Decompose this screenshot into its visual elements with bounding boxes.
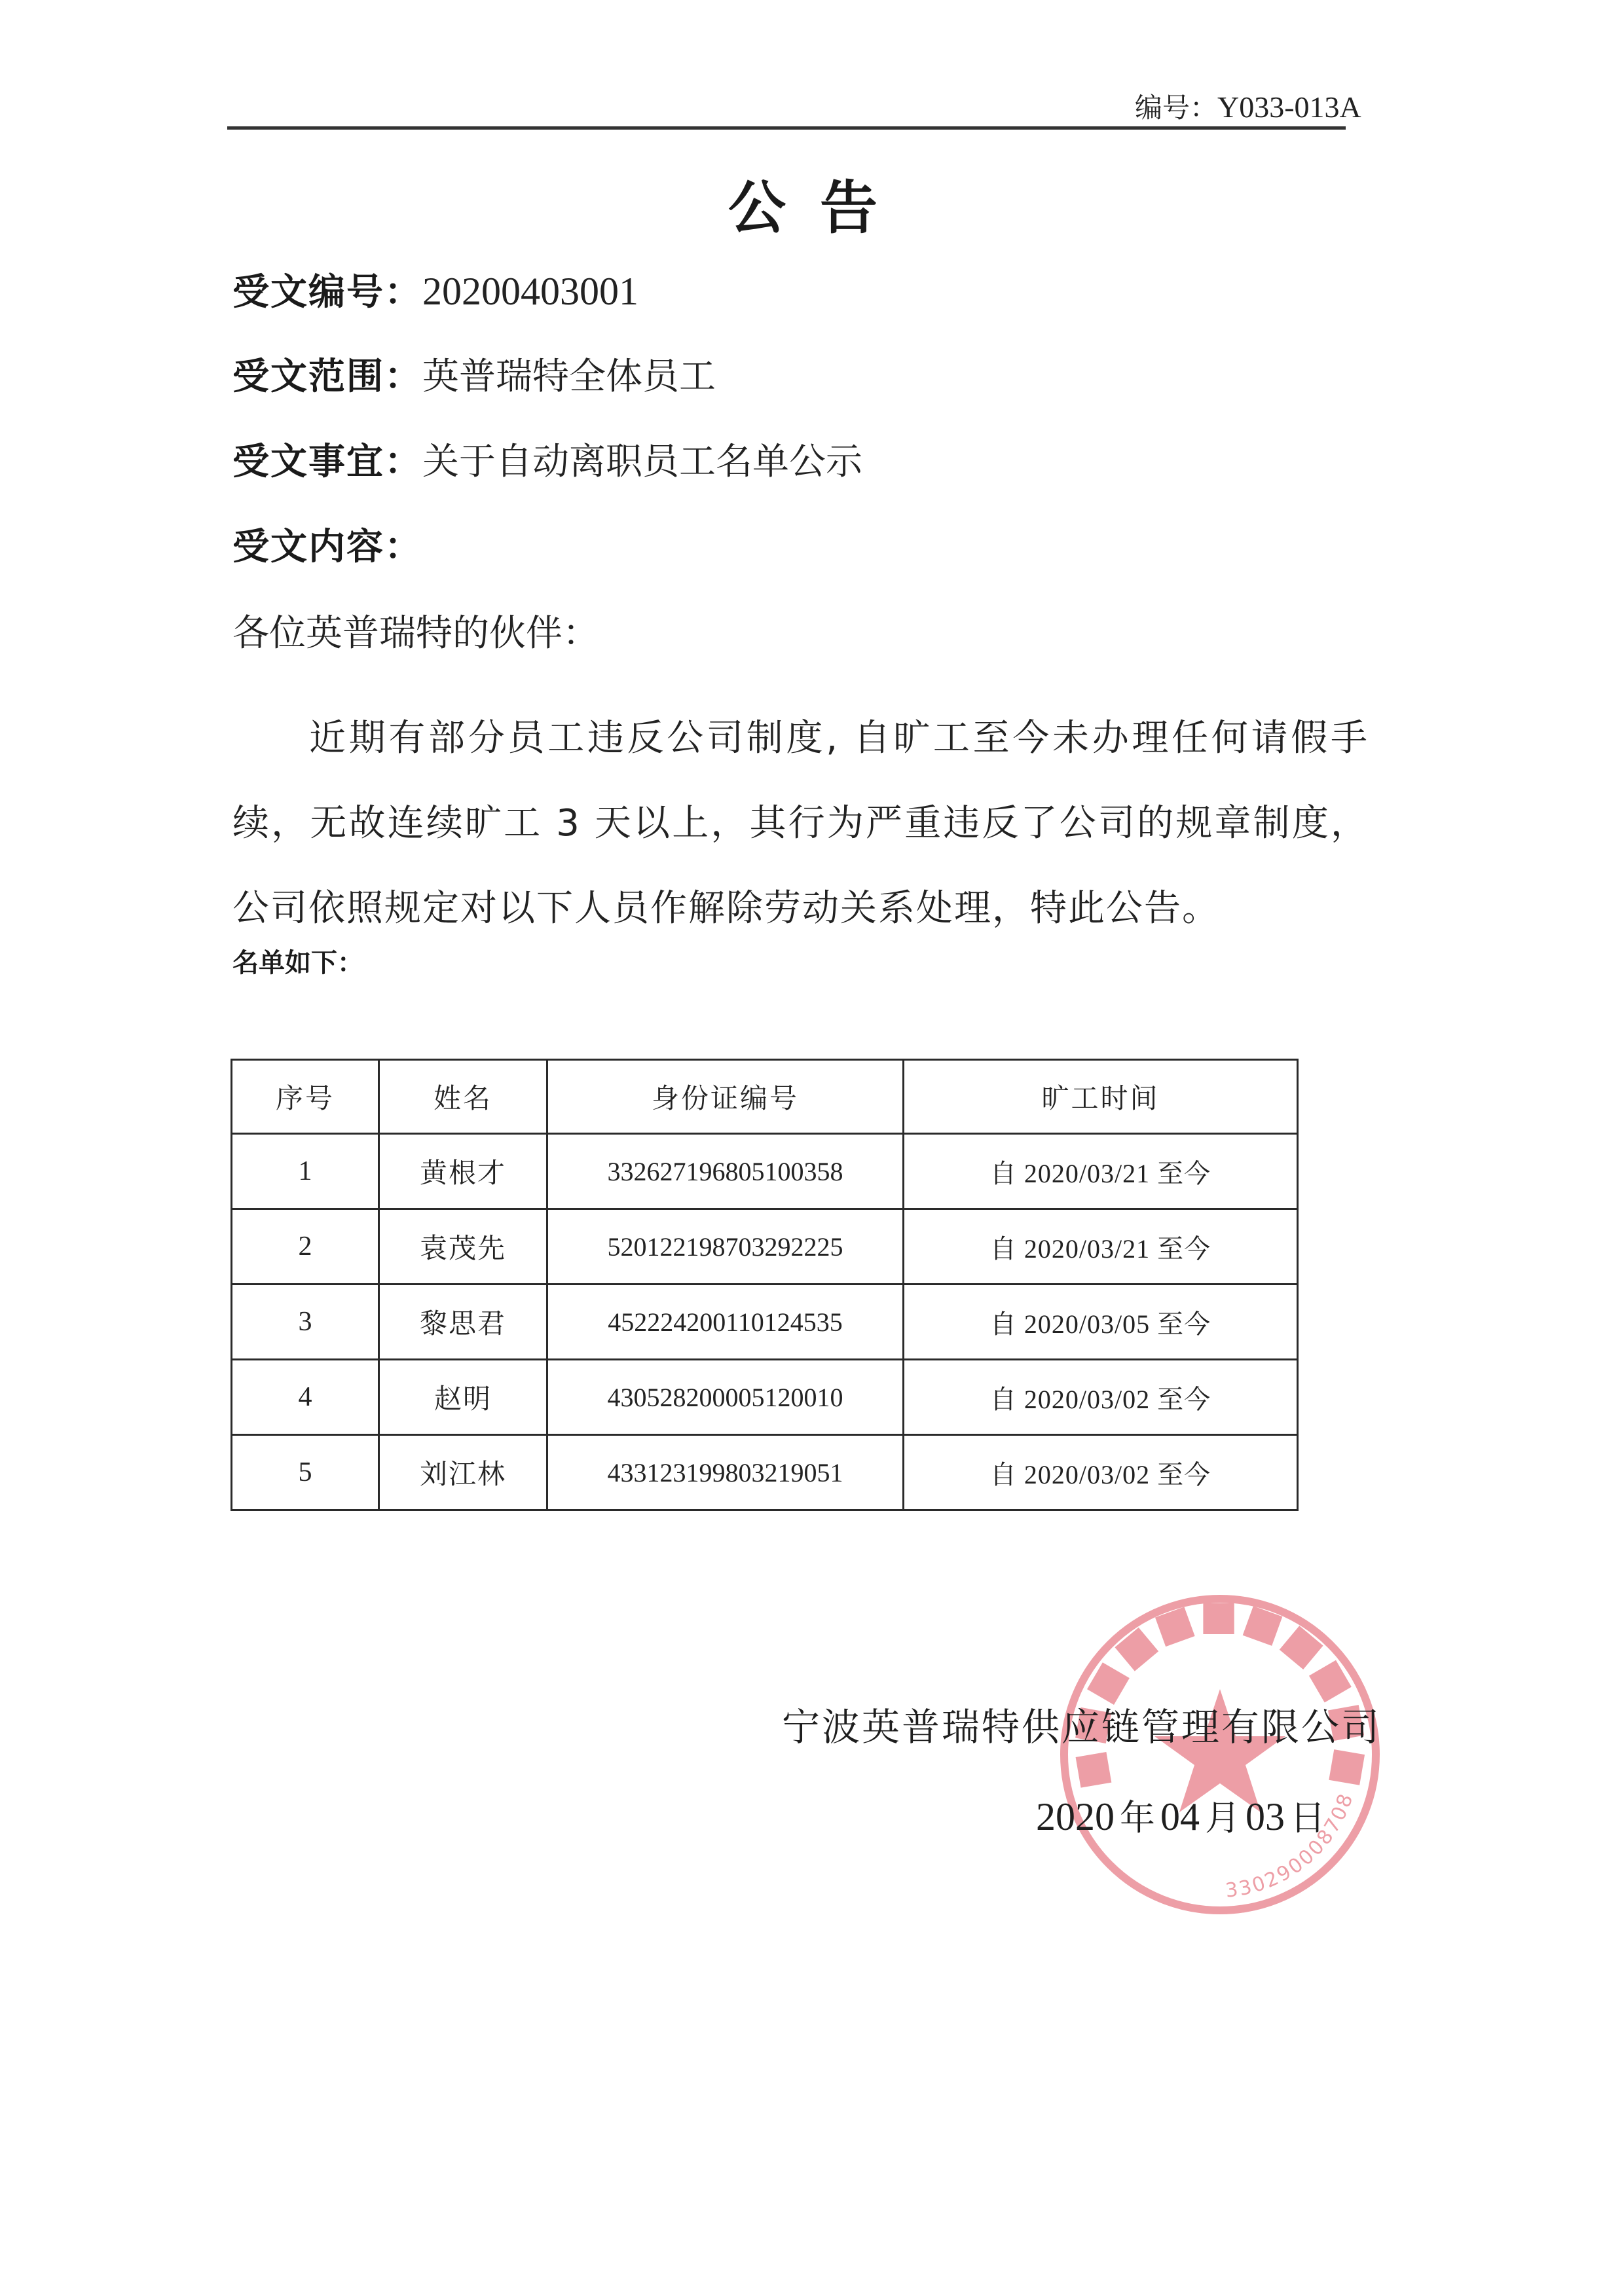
company-seal-icon: ■■■■■■■■■■■ 330290008708 bbox=[1056, 1591, 1384, 1918]
from-label: 自 bbox=[990, 1309, 1017, 1339]
field-value: 关于自动离职员工名单公示 bbox=[422, 441, 862, 483]
absence-date: 2020/03/02 bbox=[1024, 1460, 1150, 1489]
header-rule bbox=[227, 126, 1346, 130]
table-header-row: 序号 姓名 身份证编号 旷工时间 bbox=[232, 1060, 1298, 1134]
cell-id: 452224200110124535 bbox=[547, 1285, 904, 1360]
from-label: 自 bbox=[990, 1385, 1017, 1415]
field-label: 受文事宜： bbox=[232, 441, 422, 483]
absentee-table: 序号 姓名 身份证编号 旷工时间 1 黄根才 33262719680510035… bbox=[231, 1059, 1299, 1511]
cell-name: 刘江林 bbox=[379, 1435, 547, 1510]
cell-name: 黄根才 bbox=[379, 1134, 547, 1209]
cell-no: 1 bbox=[232, 1134, 379, 1209]
column-header-name: 姓名 bbox=[379, 1060, 547, 1134]
field-label: 受文范围： bbox=[232, 355, 422, 398]
body-paragraph: 近期有部分员工违反公司制度, 自旷工至今未办理任何请假手续，无故连续旷工 3 天… bbox=[232, 696, 1369, 951]
page-title: 公告 bbox=[728, 175, 912, 241]
field-value: 英普瑞特全体员工 bbox=[422, 355, 716, 398]
field-doc-number: 受文编号：20200403001 bbox=[232, 270, 638, 314]
column-header-absence: 旷工时间 bbox=[904, 1060, 1298, 1134]
cell-absence: 自 2020/03/02 至今 bbox=[904, 1360, 1298, 1435]
to-label: 至今 bbox=[1157, 1159, 1211, 1189]
table-row: 5 刘江林 433123199803219051 自 2020/03/02 至今 bbox=[232, 1435, 1298, 1510]
cell-id: 520122198703292225 bbox=[547, 1209, 904, 1285]
company-name: 宁波英普瑞特供应链管理有限公司 bbox=[782, 1704, 1381, 1750]
cell-id: 332627196805100358 bbox=[547, 1134, 904, 1209]
cell-no: 2 bbox=[232, 1209, 379, 1285]
cell-absence: 自 2020/03/21 至今 bbox=[904, 1134, 1298, 1209]
to-label: 至今 bbox=[1157, 1385, 1211, 1415]
sign-day-unit: 日 bbox=[1285, 1797, 1331, 1838]
sign-year-unit: 年 bbox=[1115, 1797, 1160, 1838]
column-header-id: 身份证编号 bbox=[547, 1060, 904, 1134]
cell-absence: 自 2020/03/21 至今 bbox=[904, 1209, 1298, 1285]
cell-name: 赵明 bbox=[379, 1360, 547, 1435]
sign-month: 04 bbox=[1160, 1795, 1200, 1838]
cell-id: 430528200005120010 bbox=[547, 1360, 904, 1435]
absence-date: 2020/03/02 bbox=[1024, 1385, 1150, 1414]
cell-id: 433123199803219051 bbox=[547, 1435, 904, 1510]
to-label: 至今 bbox=[1157, 1309, 1211, 1339]
cell-name: 袁茂先 bbox=[379, 1209, 547, 1285]
from-label: 自 bbox=[990, 1460, 1017, 1490]
list-label: 名单如下： bbox=[232, 947, 363, 979]
cell-no: 4 bbox=[232, 1360, 379, 1435]
absence-date: 2020/03/21 bbox=[1024, 1159, 1150, 1188]
document-number-label: 编号： bbox=[1135, 92, 1217, 124]
table-row: 3 黎思君 452224200110124535 自 2020/03/05 至今 bbox=[232, 1285, 1298, 1360]
sign-month-unit: 月 bbox=[1200, 1797, 1246, 1838]
field-label: 受文内容： bbox=[232, 526, 422, 568]
field-content: 受文内容： bbox=[232, 526, 422, 569]
absence-date: 2020/03/21 bbox=[1024, 1234, 1150, 1264]
field-value: 20200403001 bbox=[422, 270, 638, 313]
document-number-value: Y033-013A bbox=[1217, 90, 1361, 124]
document-number: 编号：Y033-013A bbox=[1135, 90, 1361, 125]
absence-date: 2020/03/05 bbox=[1024, 1309, 1150, 1339]
signature-date: 2020年04月03日 bbox=[1036, 1794, 1331, 1841]
cell-no: 3 bbox=[232, 1285, 379, 1360]
greeting: 各位英普瑞特的伙伴： bbox=[232, 612, 599, 655]
cell-absence: 自 2020/03/05 至今 bbox=[904, 1285, 1298, 1360]
table-row: 4 赵明 430528200005120010 自 2020/03/02 至今 bbox=[232, 1360, 1298, 1435]
cell-absence: 自 2020/03/02 至今 bbox=[904, 1435, 1298, 1510]
sign-day: 03 bbox=[1246, 1795, 1285, 1838]
table-row: 2 袁茂先 520122198703292225 自 2020/03/21 至今 bbox=[232, 1209, 1298, 1285]
cell-name: 黎思君 bbox=[379, 1285, 547, 1360]
cell-no: 5 bbox=[232, 1435, 379, 1510]
sign-year: 2020 bbox=[1036, 1795, 1115, 1838]
to-label: 至今 bbox=[1157, 1460, 1211, 1490]
field-subject: 受文事宜：关于自动离职员工名单公示 bbox=[232, 441, 862, 484]
from-label: 自 bbox=[990, 1234, 1017, 1264]
field-label: 受文编号： bbox=[232, 271, 422, 314]
to-label: 至今 bbox=[1157, 1234, 1211, 1264]
from-label: 自 bbox=[990, 1159, 1017, 1189]
field-scope: 受文范围：英普瑞特全体员工 bbox=[232, 355, 716, 399]
column-header-no: 序号 bbox=[232, 1060, 379, 1134]
table-row: 1 黄根才 332627196805100358 自 2020/03/21 至今 bbox=[232, 1134, 1298, 1209]
